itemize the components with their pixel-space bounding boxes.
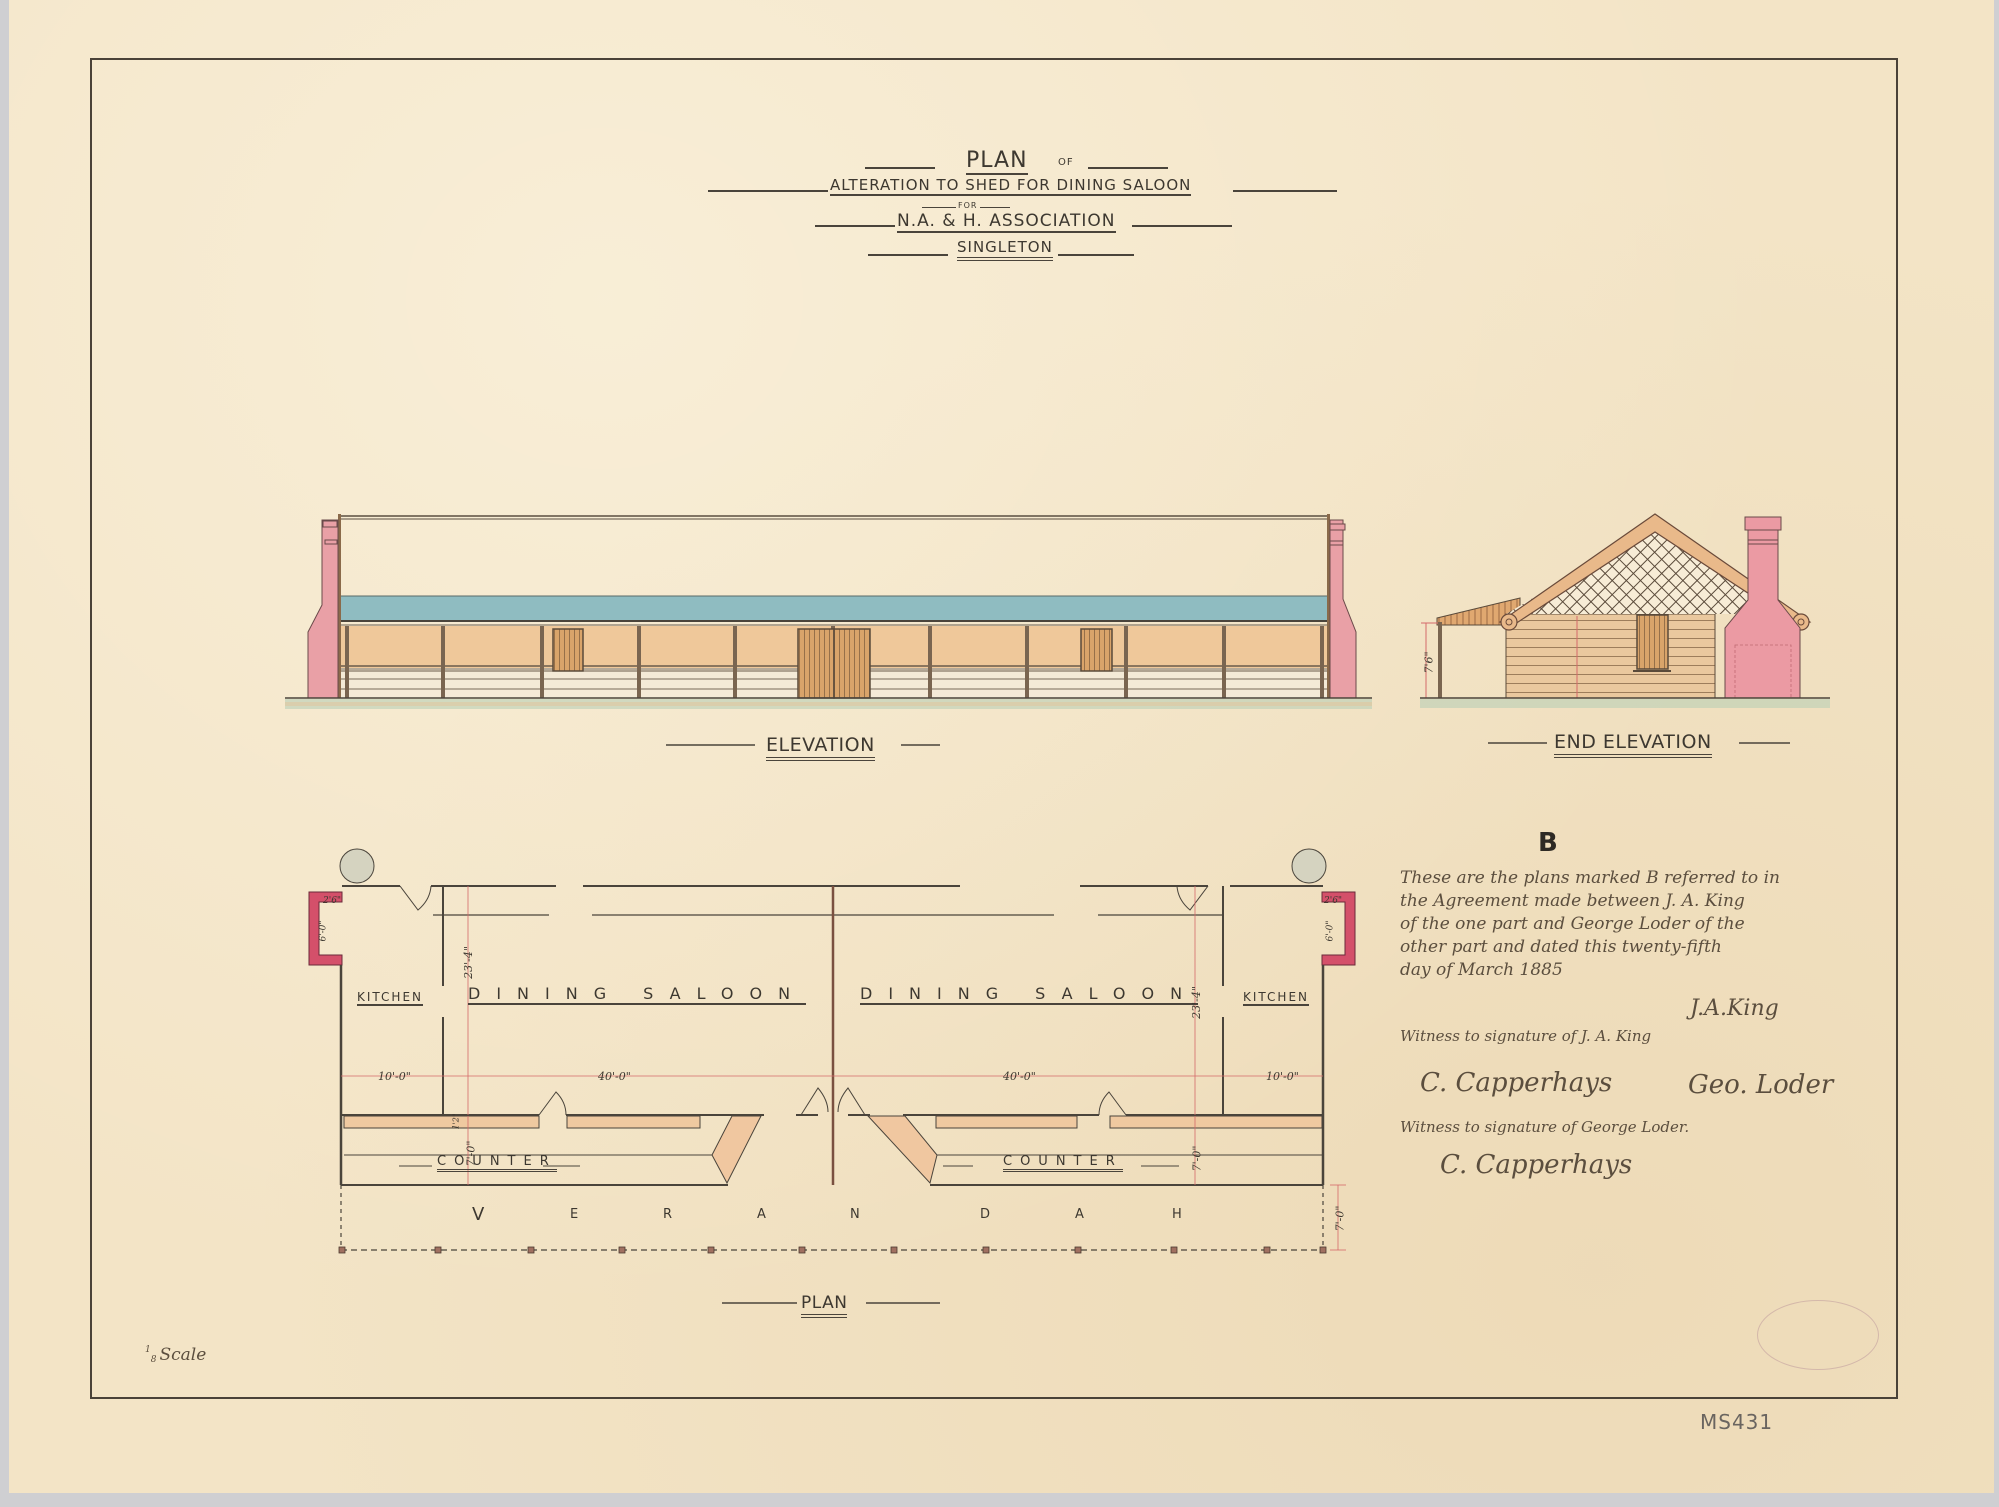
verandah-letter: D — [980, 1207, 990, 1222]
plan-label: PLAN — [801, 1293, 847, 1318]
signature-king: J.A.King — [1690, 996, 1779, 1021]
agreement-line-3: of the one part and George Loder of the — [1400, 914, 1745, 934]
scale-note: 18Scale — [145, 1345, 206, 1365]
witness-king: Witness to signature of J. A. King — [1400, 1027, 1651, 1045]
dim-counter-depth-left: 7'-0" — [464, 1141, 477, 1167]
elevation-label: ELEVATION — [766, 734, 875, 761]
room-dining-left: DINING SALOON — [468, 984, 806, 1005]
dim-depth-left: 23'-4" — [462, 946, 475, 979]
dim-dining-left-length: 40'-0" — [598, 1070, 631, 1083]
catalogue-number: MS431 — [1700, 1410, 1773, 1434]
end-elevation-height-dim: 7'6" — [1423, 651, 1436, 673]
verandah-letter: E — [570, 1207, 578, 1222]
dim-counter-top: 1'2" — [452, 1113, 461, 1129]
agreement-line-4: other part and dated this twenty-fifth — [1400, 937, 1722, 957]
dim-fireplace-width-right: 2'6" — [1324, 896, 1342, 906]
witness-signature-2: C. Capperhays — [1440, 1150, 1632, 1180]
counter-left: COUNTER — [437, 1154, 557, 1172]
dim-fireplace-length-left: 6'-0" — [319, 920, 329, 941]
verandah-letter: H — [1172, 1207, 1182, 1222]
signature-loder: Geo. Loder — [1688, 1070, 1833, 1100]
scale-denominator: 8 — [151, 1355, 157, 1365]
verandah-letter: R — [663, 1207, 672, 1222]
witness-signature-1: C. Capperhays — [1420, 1068, 1612, 1098]
counter-right: COUNTER — [1003, 1154, 1123, 1172]
plan-mark-b: B — [1538, 828, 1558, 858]
library-stamp — [1757, 1300, 1879, 1370]
room-kitchen-left: KITCHEN — [357, 990, 423, 1006]
dim-depth-right: 23'-4" — [1190, 986, 1203, 1019]
dim-kitchen-right-width: 10'-0" — [1266, 1070, 1299, 1083]
dim-verandah-depth: 7'-0" — [1333, 1206, 1346, 1232]
verandah-letter: A — [757, 1207, 766, 1222]
room-dining-right: DINING SALOON — [860, 984, 1198, 1005]
dim-fireplace-width-left: 2'6" — [323, 896, 341, 906]
dim-kitchen-left-width: 10'-0" — [378, 1070, 411, 1083]
agreement-line-1: These are the plans marked B referred to… — [1400, 868, 1780, 888]
dim-fireplace-length-right: 6'-0" — [1326, 920, 1336, 941]
dim-dining-right-length: 40'-0" — [1003, 1070, 1036, 1083]
verandah-letter: N — [850, 1207, 860, 1222]
dim-counter-depth-right: 7'-0" — [1190, 1146, 1203, 1172]
agreement-line-2: the Agreement made between J. A. King — [1400, 891, 1745, 911]
end-elevation-label: END ELEVATION — [1554, 731, 1712, 758]
end-elevation-drawing — [1420, 514, 1830, 708]
agreement-line-5: day of March 1885 — [1400, 960, 1563, 980]
verandah-letter: V — [472, 1204, 484, 1225]
verandah-letter: A — [1075, 1207, 1084, 1222]
witness-loder: Witness to signature of George Loder. — [1400, 1118, 1689, 1136]
plan-drawing — [309, 849, 1355, 1253]
scale-label: Scale — [159, 1345, 206, 1365]
scale-numerator: 1 — [145, 1345, 151, 1355]
room-kitchen-right: KITCHEN — [1243, 990, 1309, 1006]
elevation-drawing — [285, 514, 1372, 709]
